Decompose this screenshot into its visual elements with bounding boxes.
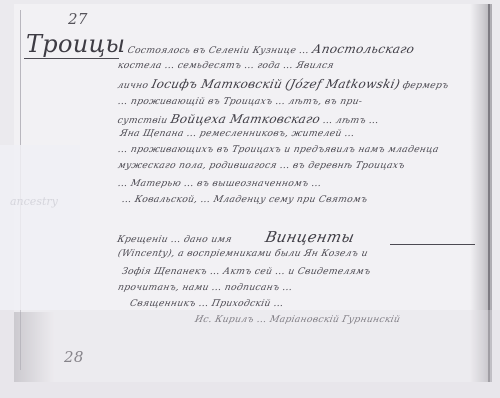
text-line-4: ... проживающій въ Троицахъ ... лѣтъ, въ… bbox=[117, 96, 364, 107]
father-name-latin: (Józef Matkowski) bbox=[284, 77, 401, 91]
margin-heading: Троицы bbox=[26, 30, 125, 58]
text-line-9: ... Матерью ... въ вышеозначенномъ ... bbox=[117, 178, 323, 189]
text-line-14: прочитанъ, нами ... подписанъ ... bbox=[117, 282, 294, 293]
text-line-13: Зофія Щепанекъ ... Актъ сей ... и Свидет… bbox=[121, 266, 372, 277]
father-name: Іосифъ Матковскій bbox=[150, 77, 283, 91]
entry-number-top: 27 bbox=[68, 10, 88, 28]
text-line-8: мужескаго пола, родившагося ... въ дерев… bbox=[117, 160, 406, 171]
text-line-2: костела ... семьдесятъ ... года ... Явил… bbox=[117, 60, 335, 71]
child-name-underline bbox=[390, 244, 475, 245]
bottom-faded-band bbox=[0, 310, 500, 398]
text-line-11: Крещеніи ... дано имя Винценты bbox=[116, 228, 356, 246]
text-line-7: ... проживающихъ въ Троицахъ и предъявил… bbox=[117, 144, 440, 155]
text-line-5: сутствіи Войцеха Матковскаго ... лѣтъ ..… bbox=[117, 112, 381, 126]
heading-underline bbox=[24, 58, 119, 59]
text-line-10: ... Ковальской, ... Младенцу сему при Св… bbox=[121, 194, 369, 205]
text-line-6: Яна Щепана ... ремесленниковъ, жителей .… bbox=[119, 128, 356, 139]
text-line-12: (Wincenty), а воспріемниками были Ян Коз… bbox=[117, 248, 369, 259]
watermark-text: ancestry bbox=[10, 195, 58, 208]
text-line-1: Состоялось въ Селеніи Кузнице ... Апосто… bbox=[127, 42, 416, 56]
child-name: Винценты bbox=[264, 228, 356, 246]
text-line-3: лично Іосифъ Матковскій (Józef Matkowski… bbox=[117, 77, 451, 91]
witness-name: Войцеха Матковскаго bbox=[169, 112, 321, 126]
scanned-page: 27 Троицы Состоялось въ Селеніи Кузнице … bbox=[0, 0, 500, 398]
text-line-15: Священникъ ... Приходскій ... bbox=[129, 298, 285, 309]
faded-overlay-panel: ancestry bbox=[0, 145, 80, 310]
